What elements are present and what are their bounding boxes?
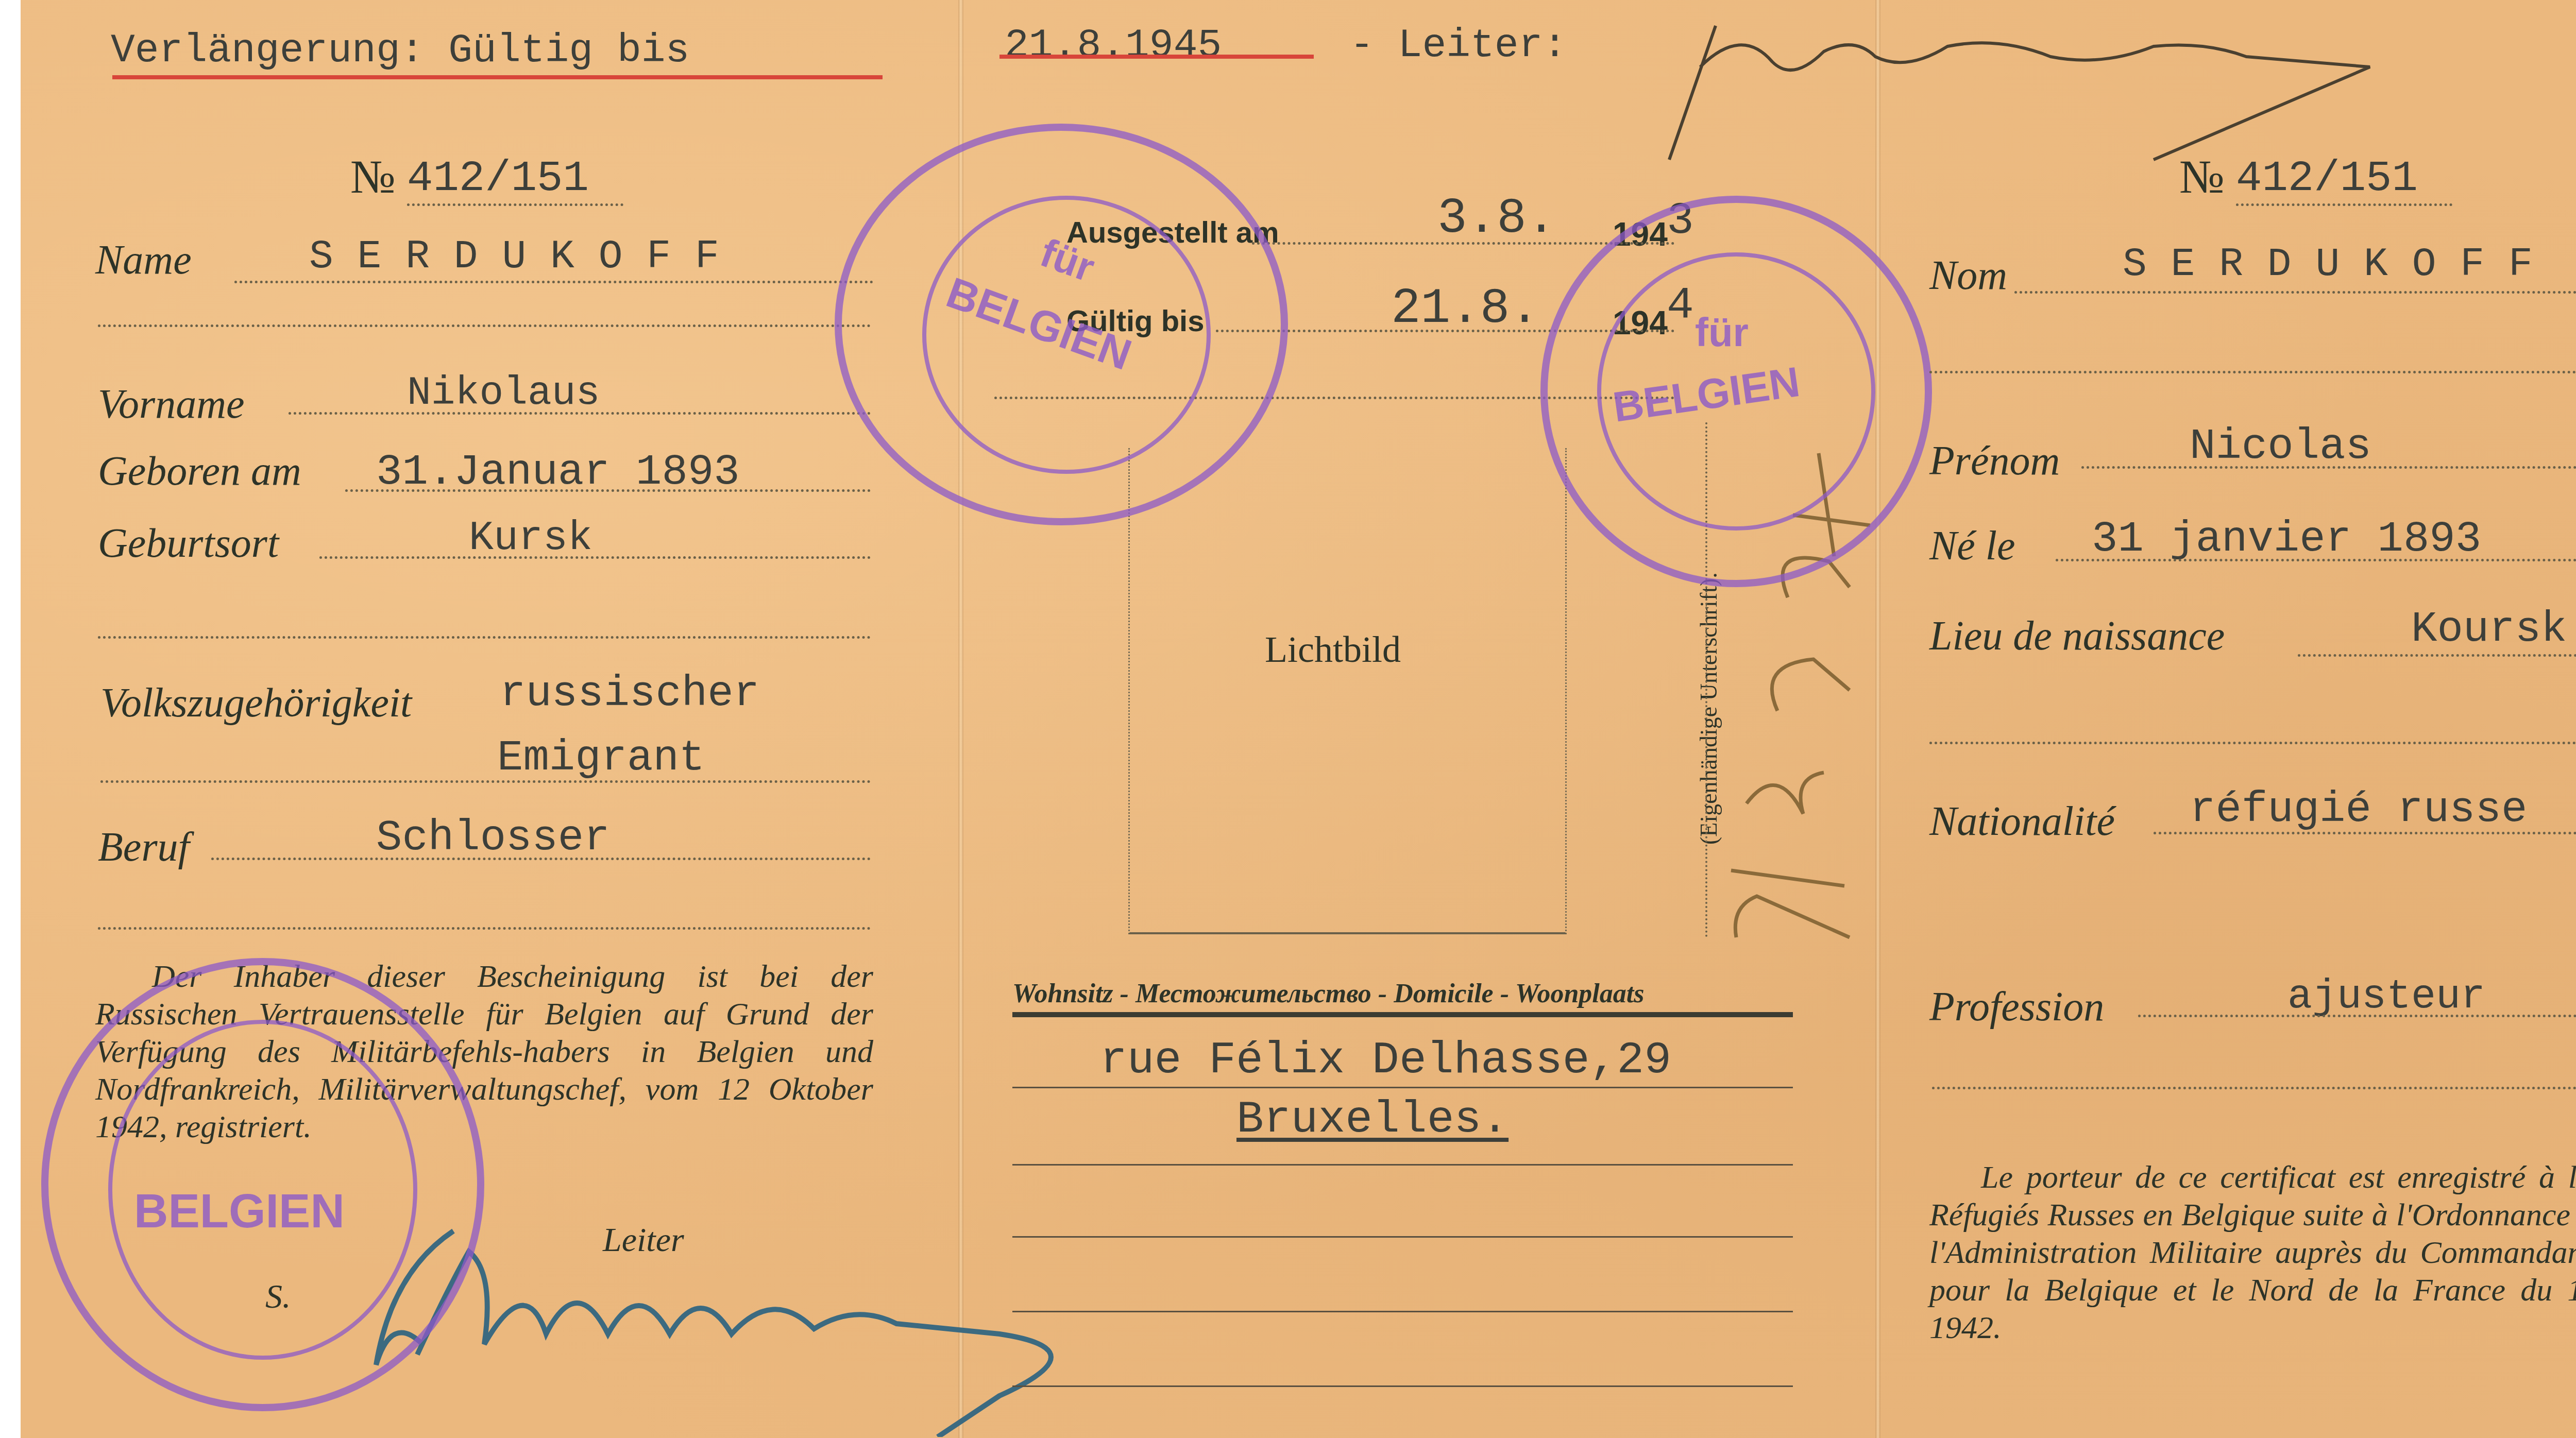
number-dotted-line (407, 203, 623, 206)
volkszugehoerigkeit-value-line2: Emigrant (497, 734, 705, 783)
nationalite-value: réfugié russe (2190, 785, 2527, 834)
extension-date-underline (999, 55, 1314, 59)
geburtsort-value: Kursk (469, 515, 592, 562)
domicile-header-underline (1012, 1012, 1793, 1017)
fr-number-label: № (2179, 149, 2225, 204)
photo-box (1128, 448, 1567, 934)
beruf-value: Schlosser (376, 814, 610, 863)
volkszugehoerigkeit-label: Volkszugehörigkeit (100, 680, 412, 727)
number-value: 412/151 (407, 155, 589, 203)
nom-blank-line (1929, 371, 2576, 373)
profession-value: ajusteur (2287, 973, 2485, 1020)
address-line2: Bruxelles. (1236, 1094, 1509, 1145)
nationalite-dotted-line (2154, 832, 2576, 834)
extension-label: Verlängerung: Gültig bis (111, 28, 689, 74)
nom-dotted-line (2014, 291, 2576, 294)
address-line1-rule (1012, 1087, 1793, 1088)
extension-date: 21.8.1945 (1005, 23, 1222, 69)
beruf-dotted-line (211, 858, 871, 860)
name-dotted-line (234, 281, 873, 283)
stamp-middle-right-fuer: für (1695, 309, 1749, 356)
lieu-naissance-blank-line (1929, 742, 2576, 744)
ne-le-value: 31 janvier 1893 (2092, 515, 2481, 564)
address-line4-rule (1012, 1311, 1793, 1312)
lieu-naissance-label: Lieu de naissance (1929, 613, 2225, 660)
profession-blank-line (1932, 1087, 2576, 1089)
prenom-value: Nicolas (2190, 422, 2371, 471)
address-line1: rue Félix Delhasse,29 (1100, 1035, 1671, 1086)
geburtsort-dotted-line (319, 556, 871, 559)
valid-date: 21.8. (1391, 281, 1539, 337)
ne-le-dotted-line (2056, 559, 2576, 561)
photo-label: Lichtbild (1265, 628, 1401, 671)
address-line5-rule (1012, 1385, 1793, 1387)
lieu-naissance-dotted-line (2298, 654, 2576, 657)
prenom-label: Prénom (1929, 438, 2060, 485)
nom-label: Nom (1929, 252, 2007, 299)
address-line2-rule (1012, 1164, 1793, 1166)
domicile-header: Wohnsitz - Местожительство - Domicile - … (1012, 979, 1644, 1009)
extension-leader-label: - Leiter: (1350, 23, 1567, 69)
name-label: Name (95, 237, 192, 284)
fr-number-value: 412/151 (2236, 155, 2418, 203)
extension-underline (112, 75, 883, 79)
beruf-label: Beruf (98, 824, 190, 871)
registration-paragraph-fr: Le porteur de ce certificat est enregist… (1929, 1159, 2576, 1347)
address-line3-rule (1012, 1236, 1793, 1238)
number-label: № (350, 149, 396, 204)
vorname-value: Nikolaus (407, 371, 600, 416)
volkszugehoerigkeit-value: russischer (500, 670, 759, 718)
geburtsort-label: Geburtsort (98, 520, 279, 567)
stamp-bottom-left-center: BELGIEN (134, 1185, 345, 1239)
beruf-blank-line (98, 927, 871, 930)
nom-value: S E R D U K O F F (2123, 242, 2533, 287)
prenom-dotted-line (2081, 466, 2576, 469)
name-value: S E R D U K O F F (309, 234, 719, 280)
ne-le-label: Né le (1929, 523, 2015, 570)
profession-dotted-line (2138, 1015, 2576, 1017)
profession-label: Profession (1929, 984, 2104, 1031)
name-blank-line (98, 324, 871, 327)
vorname-label: Vorname (98, 381, 244, 428)
nationalite-label: Nationalité (1929, 798, 2115, 845)
lieu-naissance-value: Koursk (2411, 605, 2567, 654)
geburtsort-blank-line (98, 636, 871, 639)
issued-date: 3.8. (1437, 191, 1556, 247)
vorname-dotted-line (289, 412, 871, 415)
geboren-label: Geboren am (98, 448, 301, 495)
geboren-dotted-line (345, 489, 871, 492)
fr-number-dotted-line (2236, 203, 2452, 206)
leader-signature-top (1638, 5, 2411, 175)
volkszugehoerigkeit-dotted-line (100, 780, 871, 783)
